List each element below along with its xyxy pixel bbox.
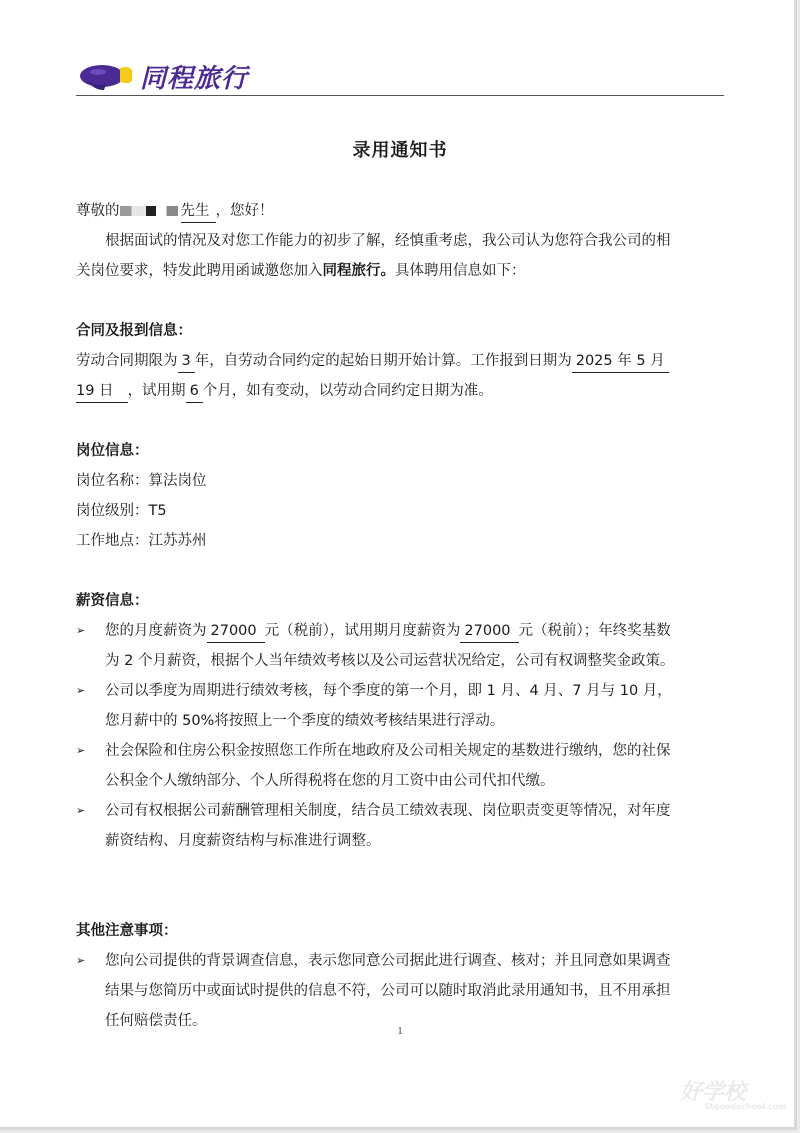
- page-number: 1: [0, 1026, 800, 1037]
- arrow-bullet-icon: ➢: [76, 946, 105, 976]
- value: 算法岗位: [149, 473, 207, 489]
- contract-term-field: 3: [178, 350, 195, 373]
- text: 您的月度薪资为: [105, 623, 207, 639]
- position-heading: 岗位信息：: [76, 436, 726, 466]
- position-name: 岗位名称：算法岗位: [76, 466, 726, 496]
- watermark-sub: Stgoodschool.com: [704, 1102, 787, 1111]
- salary-bullet-4: ➢ 公司有权根据公司薪酬管理相关制度，结合员工绩效表现、岗位职责变更等情况，对年…: [76, 796, 726, 856]
- brand-logo: 同程旅行: [76, 58, 248, 95]
- salary-bullet-3: ➢ 社会保险和住房公积金按照您工作所在地政府及公司相关规定的基数进行缴纳，您的社…: [76, 736, 726, 796]
- text: 个月，如有变动，以劳动合同约定日期为准。: [203, 383, 493, 399]
- text: 薪资结构、月度薪资结构与标准进行调整。: [105, 826, 726, 856]
- redacted-name: [120, 206, 178, 216]
- text: 您向公司提供的背景调查信息，表示您同意公司据此进行调查、核对；并且同意如果调查: [105, 946, 726, 976]
- greeting-prefix: 尊敬的: [76, 203, 120, 219]
- label: 工作地点：: [76, 533, 149, 549]
- salary-bullet-2: ➢ 公司以季度为周期进行绩效考核，每个季度的第一个月，即 1 月、4 月、7 月…: [76, 676, 726, 736]
- monthly-salary-field: 27000: [207, 620, 265, 643]
- intro-line-1: 根据面试的情况及对您工作能力的初步了解，经慎重考虑，我公司认为您符合我公司的相: [76, 226, 726, 256]
- work-location: 工作地点：江苏苏州: [76, 526, 726, 556]
- arrow-bullet-icon: ➢: [76, 736, 105, 766]
- position-level: 岗位级别：T5: [76, 496, 726, 526]
- text: 公积金个人缴纳部分、个人所得税将在您的月工资中由公司代扣代缴。: [105, 766, 726, 796]
- greeting: 尊敬的先生，您好！: [76, 196, 726, 226]
- document-body: 尊敬的先生，您好！ 根据面试的情况及对您工作能力的初步了解，经慎重考虑，我公司认…: [76, 196, 726, 1036]
- blimp-logo-icon: [76, 60, 136, 94]
- arrow-bullet-icon: ➢: [76, 676, 105, 706]
- text: 年，自劳动合同约定的起始日期开始计算。工作报到日期为: [195, 353, 572, 369]
- value: T5: [149, 503, 167, 519]
- report-date-field-cont: 19 日: [76, 380, 128, 403]
- watermark: 好学校 Stgoodschool.com: [680, 1075, 787, 1111]
- document-title: 录用通知书: [0, 136, 800, 162]
- honorific: 先生: [181, 200, 216, 223]
- label: 岗位名称：: [76, 473, 149, 489]
- brand-name: 同程旅行: [140, 58, 248, 95]
- intro-line-2: 关岗位要求，特发此聘用函诚邀您加入同程旅行。具体聘用信息如下：: [76, 256, 726, 286]
- arrow-bullet-icon: ➢: [76, 616, 105, 646]
- document-page: 同程旅行 录用通知书 尊敬的先生，您好！ 根据面试的情况及对您工作能力的初步了解…: [0, 0, 797, 1130]
- text: 元（税前）；年终奖基数: [519, 623, 671, 639]
- probation-field: 6: [186, 380, 203, 403]
- contract-line-2: 19 日，试用期6个月，如有变动，以劳动合同约定日期为准。: [76, 376, 726, 406]
- text: 劳动合同期限为: [76, 353, 178, 369]
- arrow-bullet-icon: ➢: [76, 796, 105, 826]
- text: 结果与您简历中或面试时提供的信息不符，公司可以随时取消此录用通知书，且不用承担: [105, 976, 726, 1006]
- intro-text-end: 具体聘用信息如下：: [395, 263, 526, 279]
- intro-text: 关岗位要求，特发此聘用函诚邀您加入: [76, 263, 323, 279]
- value: 江苏苏州: [149, 533, 207, 549]
- contract-line-1: 劳动合同期限为3年，自劳动合同约定的起始日期开始计算。工作报到日期为2025 年…: [76, 346, 726, 376]
- probation-salary-field: 27000: [460, 620, 518, 643]
- contract-heading: 合同及报到信息：: [76, 316, 726, 346]
- report-date-field: 2025 年 5 月: [572, 350, 669, 373]
- header-divider: [76, 95, 724, 96]
- salary-bullet-1: ➢ 您的月度薪资为27000元（税前），试用期月度薪资为27000元（税前）；年…: [76, 616, 726, 676]
- other-heading: 其他注意事项：: [76, 916, 726, 946]
- text: 社会保险和住房公积金按照您工作所在地政府及公司相关规定的基数进行缴纳，您的社保: [105, 736, 726, 766]
- text: ，试用期: [128, 383, 186, 399]
- greeting-suffix: ，您好！: [216, 203, 274, 219]
- text: 公司有权根据公司薪酬管理相关制度，结合员工绩效表现、岗位职责变更等情况，对年度: [105, 796, 726, 826]
- company-name: 同程旅行。: [323, 263, 396, 279]
- salary-heading: 薪资信息：: [76, 586, 726, 616]
- text: 公司以季度为周期进行绩效考核，每个季度的第一个月，即 1 月、4 月、7 月与 …: [105, 676, 726, 706]
- text: 元（税前），试用期月度薪资为: [265, 623, 461, 639]
- text: 为 2 个月薪资，根据个人当年绩效考核以及公司运营状况给定，公司有权调整奖金政策…: [105, 646, 726, 676]
- other-bullet-1: ➢ 您向公司提供的背景调查信息，表示您同意公司据此进行调查、核对；并且同意如果调…: [76, 946, 726, 1036]
- label: 岗位级别：: [76, 503, 149, 519]
- text: 您月薪中的 50%将按照上一个季度的绩效考核结果进行浮动。: [105, 706, 726, 736]
